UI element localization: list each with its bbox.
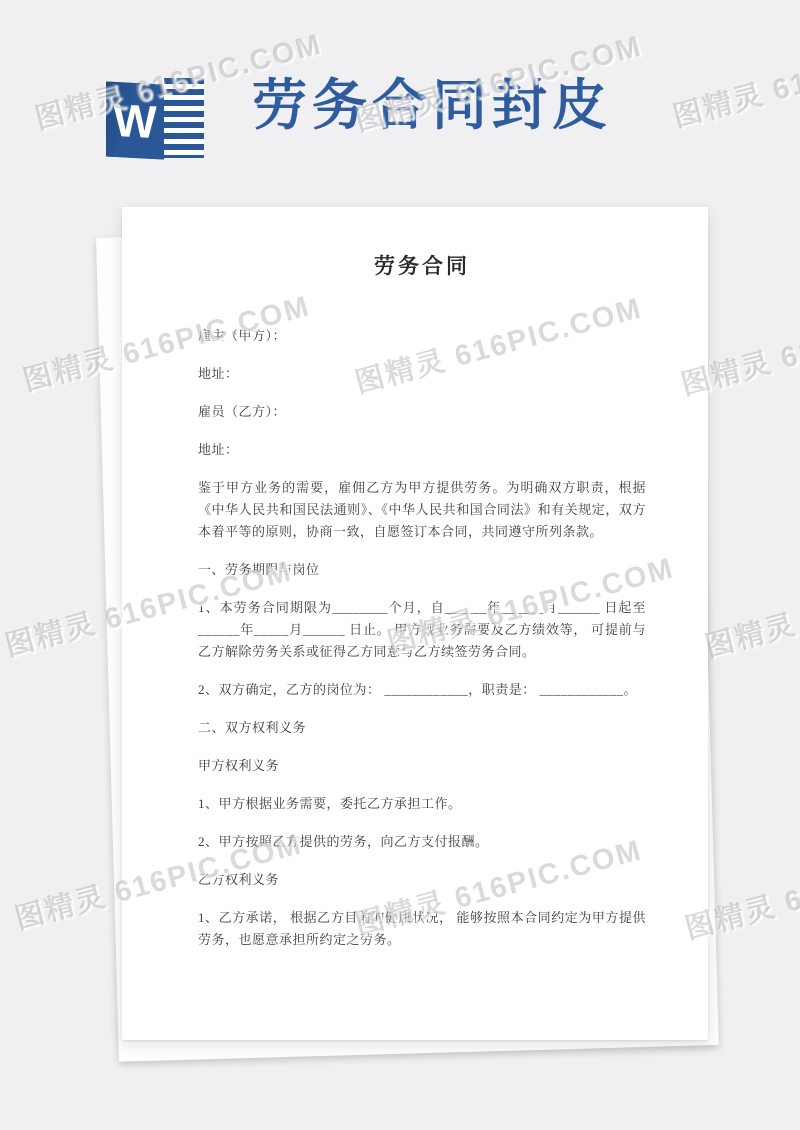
doc-paragraph-position: 2、双方确定，乙方的岗位为： ____________，职责是： _______… xyxy=(198,679,646,701)
watermark-text: 图精灵 616PIC.COM xyxy=(700,550,800,666)
word-icon: W xyxy=(106,74,204,164)
doc-paragraph-a1: 1、甲方根据业务需要，委托乙方承担工作。 xyxy=(198,793,646,815)
doc-paragraph-preamble: 鉴于甲方业务的需要，雇佣乙方为甲方提供劳务。为明确双方职责，根据《中华人民共和国… xyxy=(198,477,646,543)
doc-paragraph-b1: 1、乙方承诺， 根据乙方目前的健康状况， 能够按照本合同约定为甲方提供劳务，也愿… xyxy=(198,907,646,951)
page-background: W 劳务合同封皮 劳务合同 雇主（甲方）： 地址： 雇员（乙方）： 地址： 鉴于… xyxy=(0,0,800,1130)
word-icon-page xyxy=(161,78,204,158)
doc-paragraph-address-1: 地址： xyxy=(198,363,646,385)
doc-heading-party-a: 甲方权利义务 xyxy=(198,755,646,777)
doc-heading-party-b: 乙方权利义务 xyxy=(198,869,646,891)
doc-heading-section-1: 一、劳务期限与岗位 xyxy=(198,559,646,581)
doc-heading-section-2: 二、双方权利义务 xyxy=(198,717,646,739)
page-title: 劳务合同封皮 xyxy=(252,74,612,137)
document-title: 劳务合同 xyxy=(198,251,646,281)
doc-paragraph-term: 1、本劳务合同期限为________个月，自______年______月____… xyxy=(198,597,646,663)
doc-paragraph-a2: 2、甲方按照乙方提供的劳务，向乙方支付报酬。 xyxy=(198,831,646,853)
word-icon-panel: W xyxy=(106,81,164,159)
header: W 劳务合同封皮 xyxy=(0,0,800,180)
word-icon-letter: W xyxy=(113,96,156,144)
doc-paragraph-employee: 雇员（乙方）： xyxy=(198,401,646,423)
document-page: 劳务合同 雇主（甲方）： 地址： 雇员（乙方）： 地址： 鉴于甲方业务的需要，雇… xyxy=(122,207,708,1040)
doc-paragraph-address-2: 地址： xyxy=(198,439,646,461)
doc-paragraph-employer: 雇主（甲方）： xyxy=(198,325,646,347)
